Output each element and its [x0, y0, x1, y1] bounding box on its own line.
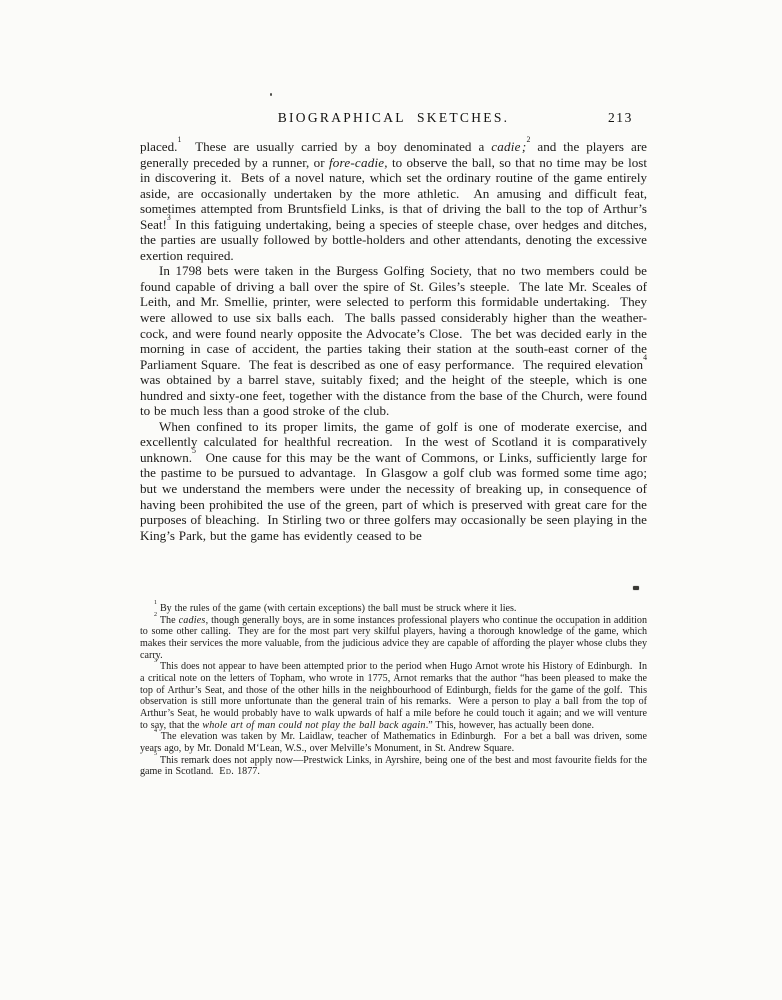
page-header: BIOGRAPHICAL SKETCHES. 213	[140, 110, 647, 128]
page-title: BIOGRAPHICAL SKETCHES.	[140, 110, 647, 126]
body-paragraph: placed.1 These are usually carried by a …	[140, 139, 647, 263]
body-text: placed.1 These are usually carried by a …	[140, 139, 647, 543]
footnote: 2 The cadies, though generally boys, are…	[140, 615, 647, 662]
book-page: BIOGRAPHICAL SKETCHES. 213 placed.1 Thes…	[0, 0, 782, 1000]
ink-speck	[633, 586, 639, 590]
footnote: 3 This does not appear to have been atte…	[140, 661, 647, 731]
ink-speck	[270, 93, 272, 96]
footnote: 4 The elevation was taken by Mr. Laidlaw…	[140, 731, 647, 754]
footnote: 1 By the rules of the game (with certain…	[140, 603, 647, 615]
body-paragraph: When confined to its proper limits, the …	[140, 419, 647, 543]
footnote: 5 This remark does not apply now—Prestwi…	[140, 755, 647, 778]
body-paragraph: In 1798 bets were taken in the Burgess G…	[140, 263, 647, 418]
page-number: 213	[608, 110, 633, 126]
footnotes: 1 By the rules of the game (with certain…	[140, 603, 647, 778]
